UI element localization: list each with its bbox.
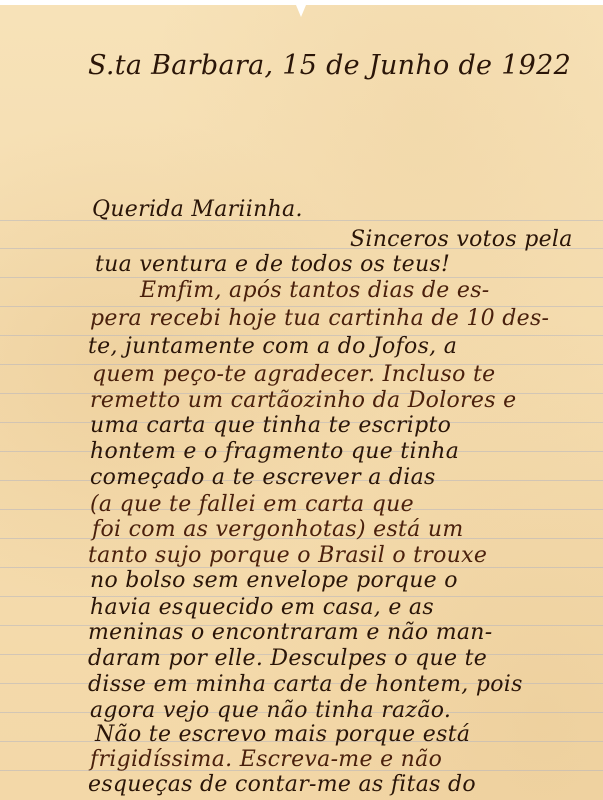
body-line: Sinceros votos pela [350, 227, 573, 252]
body-line: (a que te fallei em carta que [90, 492, 414, 517]
body-line: hontem e o fragmento que tinha [90, 439, 459, 464]
place-date: S.ta Barbara, 15 de Junho de 1922 [88, 50, 571, 81]
body-line: uma carta que tinha te escripto [90, 413, 451, 438]
body-line: esqueças de contar-me as fitas do [88, 772, 476, 797]
body-line: começado a te escrever a dias [90, 465, 436, 490]
body-line: disse em minha carta de hontem, pois [88, 672, 523, 697]
body-line: daram por elle. Desculpes o que te [88, 646, 487, 671]
body-line: te, juntamente com a do Jofos, a [88, 334, 457, 359]
body-line: meninas o encontraram e não man- [88, 620, 493, 645]
body-line: Emfim, após tantos dias de es- [140, 278, 490, 303]
body-line: no bolso sem envelope porque o [90, 568, 458, 593]
body-line: havia esquecido em casa, e as [90, 595, 434, 620]
body-line: remetto um cartãozinho da Dolores e [90, 388, 516, 413]
body-line: Não te escrevo mais porque está [95, 722, 470, 747]
letter-paper: S.ta Barbara, 15 de Junho de 1922 Querid… [0, 5, 603, 800]
body-line: frigidíssima. Escreva-me e não [90, 747, 442, 772]
body-line: foi com as vergonhotas) está um [92, 517, 464, 542]
body-line: agora vejo que não tinha razão. [90, 698, 451, 723]
salutation: Querida Mariinha. [92, 197, 303, 222]
body-line: pera recebi hoje tua cartinha de 10 des- [90, 306, 549, 331]
body-line: tanto sujo porque o Brasil o trouxe [88, 543, 487, 568]
body-line: quem peço-te agradecer. Incluso te [92, 362, 495, 387]
body-line: tua ventura e de todos os teus! [95, 252, 450, 277]
